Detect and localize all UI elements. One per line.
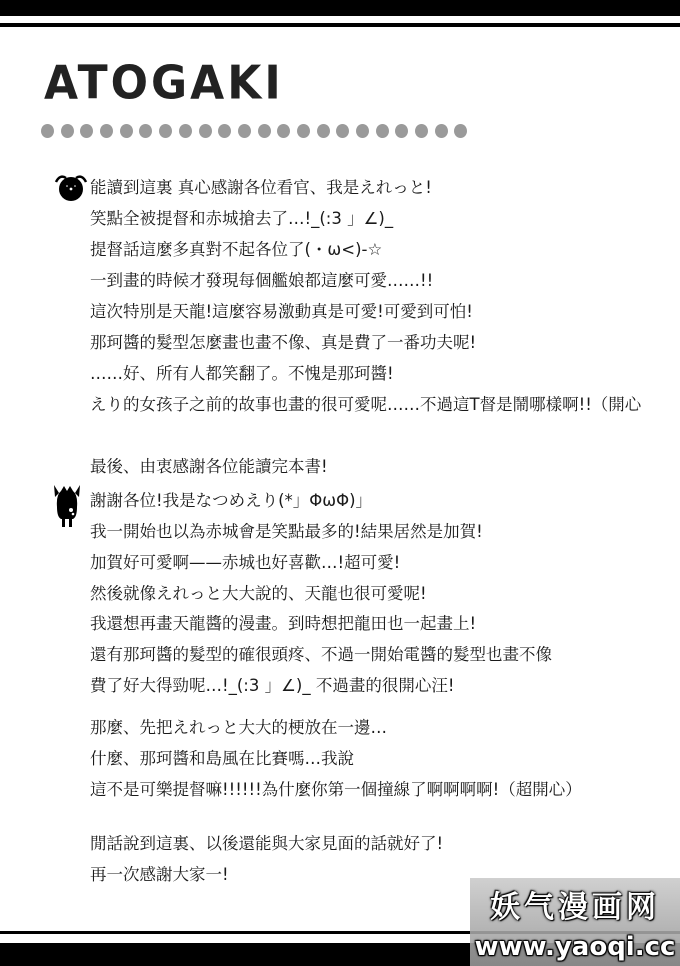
text-line: 加賀好可愛啊——赤城也好喜歡…!超可愛! (90, 553, 400, 573)
dot (80, 124, 93, 138)
text-line: 謝謝各位!我是なつめえり(*」ΦωΦ)」 (90, 491, 372, 511)
text-line: 一到畫的時候才發現每個艦娘都這麼可愛……!! (90, 271, 433, 291)
text-line: 費了好大得勁呢…!_(:3 」∠)_ 不過畫的很開心汪! (90, 676, 454, 696)
text-line: 這不是可樂提督嘛!!!!!!為什麼你第一個撞線了啊啊啊啊!（超開心） (90, 780, 582, 800)
dot (120, 124, 133, 138)
text-line: えり的女孩子之前的故事也畫的很可愛呢……不過這T督是鬧哪樣啊!!（開心 (90, 395, 641, 415)
top-rule-line (0, 23, 680, 27)
text-line: 再一次感謝大家一! (90, 865, 229, 885)
watermark-url: www.yaoqi.cc (470, 932, 680, 962)
text-line: 然後就像えれっと大大說的、天龍也很可愛呢! (90, 584, 427, 604)
text-line: 我還想再畫天龍醬的漫畫。到時想把龍田也一起畫上! (90, 614, 476, 634)
dot (376, 124, 389, 138)
dot (199, 124, 212, 138)
dot (415, 124, 428, 138)
dot (179, 124, 192, 138)
round-blob-icon (52, 172, 90, 202)
dot-divider (41, 124, 467, 138)
dot (356, 124, 369, 138)
text-line: 閒話說到這裏、以後還能與大家見面的話就好了! (90, 834, 443, 854)
dot (258, 124, 271, 138)
dot (100, 124, 113, 138)
text-line: 笑點全被提督和赤城搶去了…!_(:3 」∠)_ (90, 209, 393, 229)
page-title: ATOGAKI (44, 61, 284, 107)
dot (317, 124, 330, 138)
text-line: 最後、由衷感謝各位能讀完本書! (90, 457, 328, 477)
dot (61, 124, 74, 138)
dot (238, 124, 251, 138)
dot (139, 124, 152, 138)
dot (218, 124, 231, 138)
dot (395, 124, 408, 138)
top-black-bar (0, 0, 680, 16)
text-line: 我一開始也以為赤城會是笑點最多的!結果居然是加賀! (90, 522, 483, 542)
text-line: 這次特別是天龍!這麼容易激動真是可愛!可愛到可怕! (90, 302, 473, 322)
dot (41, 124, 54, 138)
dot (454, 124, 467, 138)
text-line: ……好、所有人都笑翻了。不愧是那珂醬! (90, 364, 394, 384)
text-line: 那麼、先把えれっと大大的梗放在一邊… (90, 718, 387, 738)
watermark: 妖气漫画网 www.yaoqi.cc (470, 878, 680, 966)
dot (277, 124, 290, 138)
watermark-site-name: 妖气漫画网 (470, 882, 680, 926)
dot (435, 124, 448, 138)
text-line: 什麼、那珂醬和島風在比賽嗎…我說 (90, 749, 354, 769)
dot (336, 124, 349, 138)
text-line: 能讀到這裏 真心感謝各位看官、我是えれっと! (90, 178, 432, 198)
text-line: 那珂醬的髮型怎麼畫也畫不像、真是費了一番功夫呢! (90, 333, 476, 353)
dot (297, 124, 310, 138)
text-line: 還有那珂醬的髮型的確很頭疼、不過一開始電醬的髮型也畫不像 (90, 645, 552, 665)
dot (159, 124, 172, 138)
cat-creature-icon (52, 483, 82, 529)
text-line: 提督話這麼多真對不起各位了(・ω<)-☆ (90, 240, 382, 260)
